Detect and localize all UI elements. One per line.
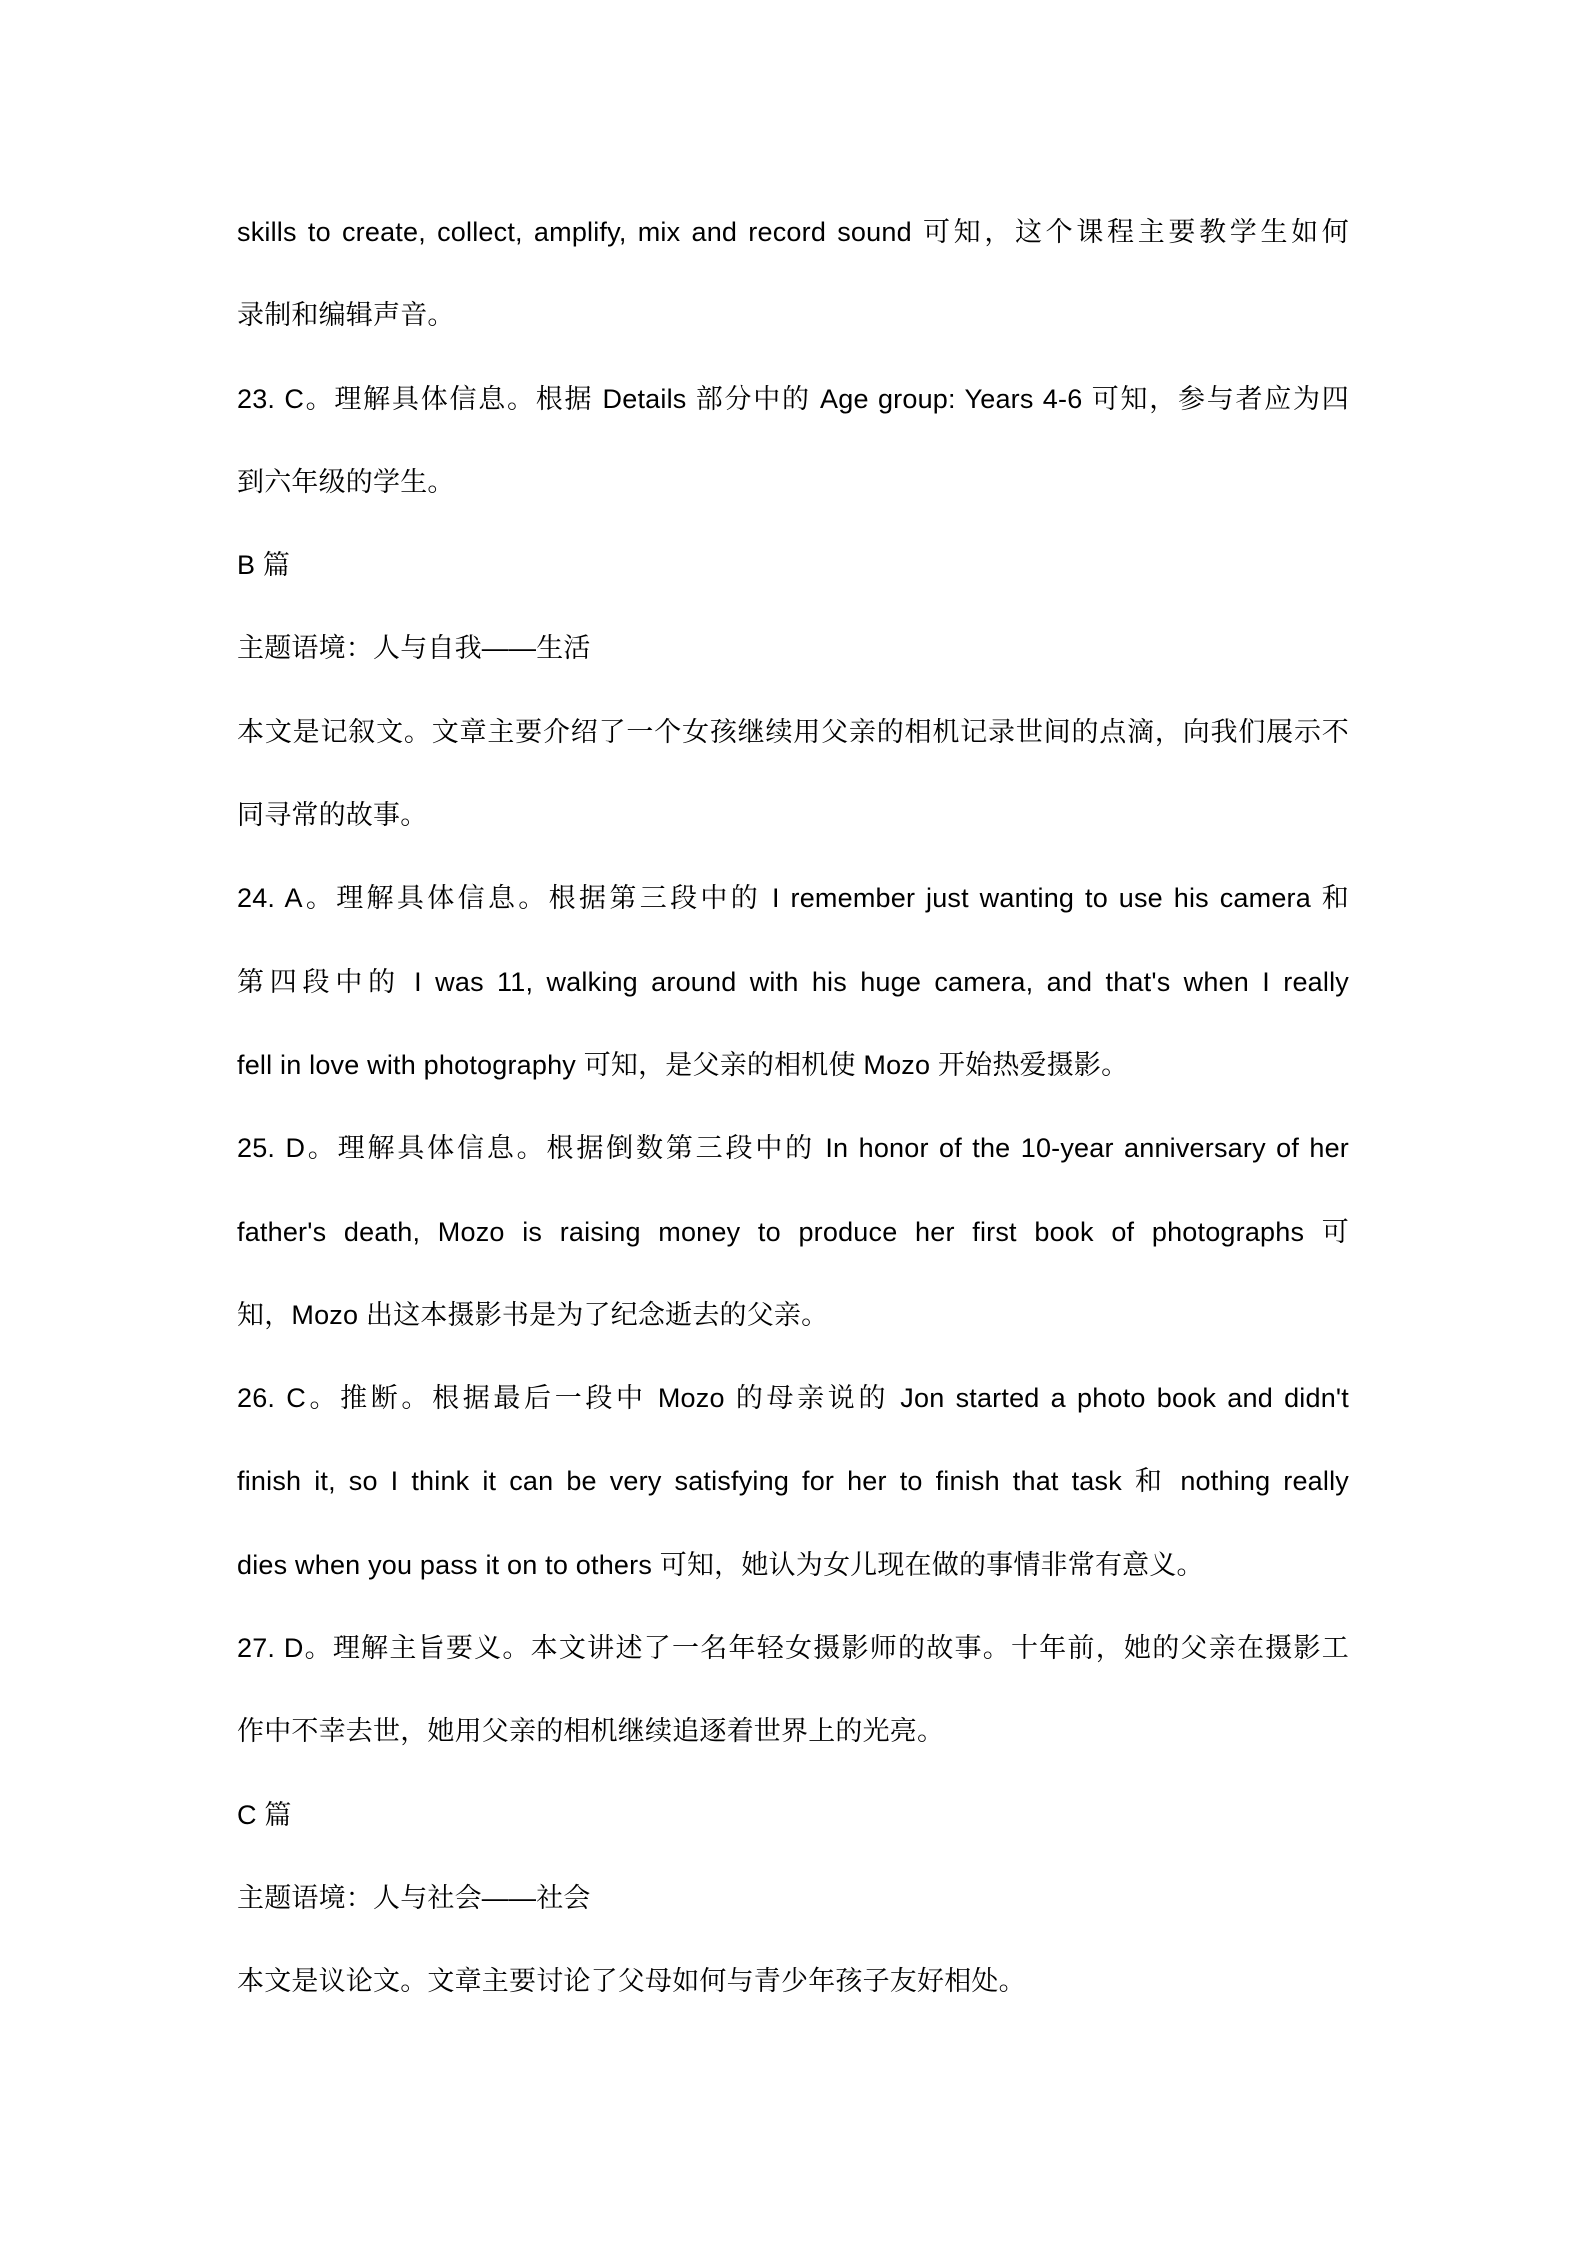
- text-line: father's death, Mozo is raising money to…: [237, 1191, 1349, 1274]
- section-c-heading: C 篇: [237, 1774, 1349, 1857]
- text-line: 知，Mozo 出这本摄影书是为了纪念逝去的父亲。: [237, 1274, 1349, 1357]
- answer-26-explanation: 26. C。推断。根据最后一段中 Mozo 的母亲说的 Jon started …: [237, 1357, 1349, 1607]
- text-line: 录制和编辑声音。: [237, 274, 1349, 357]
- text-line: skills to create, collect, amplify, mix …: [237, 191, 1349, 274]
- document-content: skills to create, collect, amplify, mix …: [237, 191, 1349, 2024]
- answer-25-explanation: 25. D。理解具体信息。根据倒数第三段中的 In honor of the 1…: [237, 1107, 1349, 1357]
- section-c-summary: 本文是议论文。文章主要讨论了父母如何与青少年孩子友好相处。: [237, 1940, 1349, 2023]
- section-b-theme: 主题语境：人与自我——生活: [237, 607, 1349, 690]
- text-line: B 篇: [237, 524, 1349, 607]
- text-line: 主题语境：人与自我——生活: [237, 607, 1349, 690]
- text-line: C 篇: [237, 1774, 1349, 1857]
- text-line: 主题语境：人与社会——社会: [237, 1857, 1349, 1940]
- text-line: dies when you pass it on to others 可知，她认…: [237, 1524, 1349, 1607]
- answer-24-explanation: 24. A。理解具体信息。根据第三段中的 I remember just wan…: [237, 857, 1349, 1107]
- text-line: fell in love with photography 可知，是父亲的相机使…: [237, 1024, 1349, 1107]
- text-line: 23. C。理解具体信息。根据 Details 部分中的 Age group: …: [237, 358, 1349, 441]
- document-page: skills to create, collect, amplify, mix …: [0, 0, 1587, 2245]
- text-line: 到六年级的学生。: [237, 441, 1349, 524]
- answer-27-explanation: 27. D。理解主旨要义。本文讲述了一名年轻女摄影师的故事。十年前，她的父亲在摄…: [237, 1607, 1349, 1774]
- section-c-theme: 主题语境：人与社会——社会: [237, 1857, 1349, 1940]
- text-line: 第四段中的 I was 11, walking around with his …: [237, 941, 1349, 1024]
- answer-22-explanation-continued: skills to create, collect, amplify, mix …: [237, 191, 1349, 358]
- section-b-heading: B 篇: [237, 524, 1349, 607]
- text-line: 26. C。推断。根据最后一段中 Mozo 的母亲说的 Jon started …: [237, 1357, 1349, 1440]
- text-line: 本文是议论文。文章主要讨论了父母如何与青少年孩子友好相处。: [237, 1940, 1349, 2023]
- section-b-summary: 本文是记叙文。文章主要介绍了一个女孩继续用父亲的相机记录世间的点滴，向我们展示不…: [237, 691, 1349, 858]
- text-line: 27. D。理解主旨要义。本文讲述了一名年轻女摄影师的故事。十年前，她的父亲在摄…: [237, 1607, 1349, 1690]
- text-line: 同寻常的故事。: [237, 774, 1349, 857]
- text-line: 作中不幸去世，她用父亲的相机继续追逐着世界上的光亮。: [237, 1690, 1349, 1773]
- text-line: finish it, so I think it can be very sat…: [237, 1440, 1349, 1523]
- text-line: 本文是记叙文。文章主要介绍了一个女孩继续用父亲的相机记录世间的点滴，向我们展示不: [237, 691, 1349, 774]
- text-line: 25. D。理解具体信息。根据倒数第三段中的 In honor of the 1…: [237, 1107, 1349, 1190]
- answer-23-explanation: 23. C。理解具体信息。根据 Details 部分中的 Age group: …: [237, 358, 1349, 525]
- text-line: 24. A。理解具体信息。根据第三段中的 I remember just wan…: [237, 857, 1349, 940]
